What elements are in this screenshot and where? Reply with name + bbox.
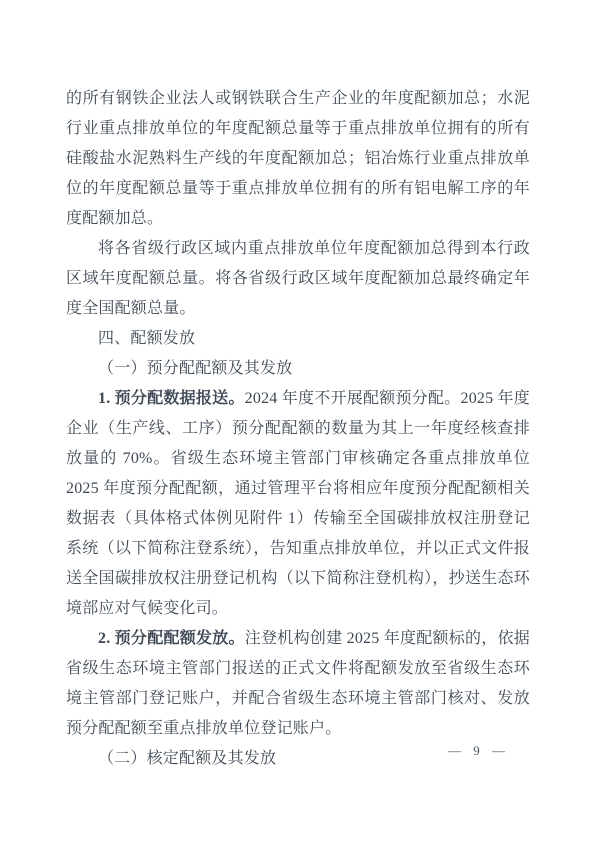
page-footer: — 9 — <box>448 742 505 760</box>
document-body: 的所有钢铁企业法人或钢铁联合生产企业的年度配额加总；水泥行业重点排放单位的年度配… <box>66 84 530 774</box>
item-1-lead: 1. 预分配数据报送。 <box>98 390 245 407</box>
subsection-heading-preallocated-quota: （一）预分配配额及其发放 <box>66 354 530 384</box>
item-1-body: 2024 年度不开展配额预分配。2025 年度企业（生产线、工序）预分配配额的数… <box>66 390 530 617</box>
section-heading-quota-issuance: 四、配额发放 <box>66 324 530 354</box>
paragraph-preallocation-data-report: 1. 预分配数据报送。2024 年度不开展配额预分配。2025 年度企业（生产线… <box>66 384 530 624</box>
page-number: — 9 — <box>448 743 505 758</box>
paragraph-provincial-totals: 将各省级行政区域内重点排放单位年度配额加总得到本行政区域年度配额总量。将各省级行… <box>66 234 530 324</box>
paragraph-quota-aggregation: 的所有钢铁企业法人或钢铁联合生产企业的年度配额加总；水泥行业重点排放单位的年度配… <box>66 84 530 234</box>
item-2-lead: 2. 预分配配额发放。 <box>98 630 245 647</box>
paragraph-preallocation-issuance: 2. 预分配配额发放。注登机构创建 2025 年度配额标的，依据省级生态环境主管… <box>66 624 530 744</box>
document-page: 的所有钢铁企业法人或钢铁联合生产企业的年度配额加总；水泥行业重点排放单位的年度配… <box>0 0 595 841</box>
